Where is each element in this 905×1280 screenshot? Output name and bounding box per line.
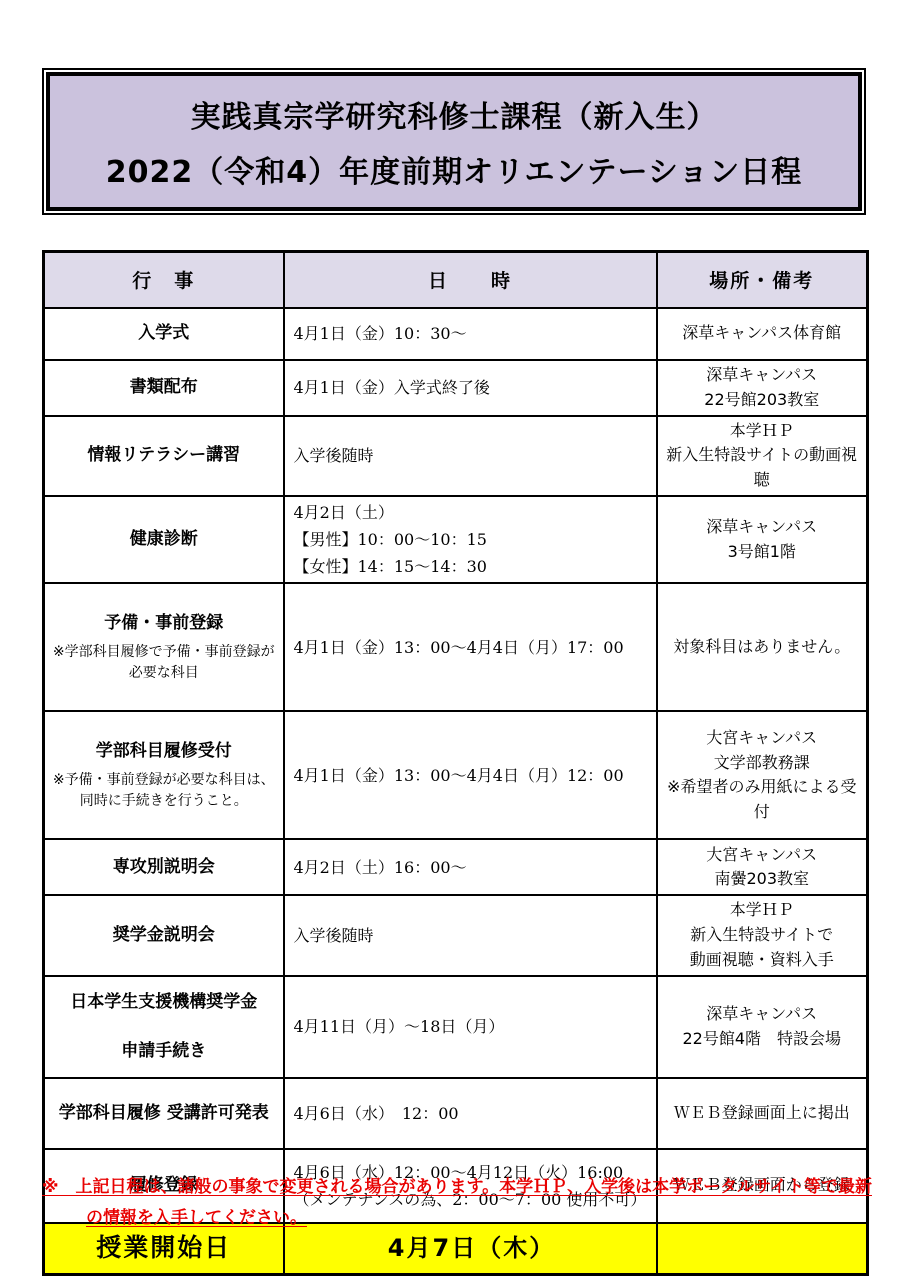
datetime-cell: 4月1日（金）入学式終了後 [284, 360, 657, 416]
table-row: 奨学金説明会 入学後随時 本学ＨＰ 新入生特設サイトで 動画視聴・資料入手 [44, 895, 868, 975]
location-cell: 深草キャンパス 3号館1階 [657, 496, 868, 584]
location-cell: 本学ＨＰ 新入生特設サイトで 動画視聴・資料入手 [657, 895, 868, 975]
event-cell: 学部科目履修 受講許可発表 [44, 1078, 284, 1149]
datetime-cell: 4月1日（金）10：30～ [284, 308, 657, 360]
location-cell: 対象科目はありません。 [657, 583, 868, 711]
location-cell: 深草キャンパス 22号館4階 特設会場 [657, 976, 868, 1078]
datetime-cell: 4月1日（金）13：00～4月4日（月）12：00 [284, 711, 657, 839]
header-row: 行 事 日 時 場所・備考 [44, 252, 868, 308]
title-box: 実践真宗学研究科修士課程（新入生） 2022（令和4）年度前期オリエンテーション… [42, 68, 866, 215]
event-cell: 書類配布 [44, 360, 284, 416]
table-row: 予備・事前登録 ※学部科目履修で予備・事前登録が必要な科目 4月1日（金）13：… [44, 583, 868, 711]
event-name: 予備・事前登録 [104, 613, 223, 633]
table-row: 学部科目履修受付 ※予備・事前登録が必要な科目は、同時に手続きを行うこと。 4月… [44, 711, 868, 839]
event-cell: 専攻別説明会 [44, 839, 284, 895]
page: 実践真宗学研究科修士課程（新入生） 2022（令和4）年度前期オリエンテーション… [0, 0, 905, 1280]
table-row: 情報リテラシー講習 入学後随時 本学ＨＰ 新入生特設サイトの動画視聴 [44, 416, 868, 496]
location-cell: 大宮キャンパス 南黌203教室 [657, 839, 868, 895]
event-cell: 奨学金説明会 [44, 895, 284, 975]
datetime-cell: 4月11日（月）～18日（月） [284, 976, 657, 1078]
event-cell: 入学式 [44, 308, 284, 360]
footnote: ※ 上記日程は、諸般の事象で変更される場合があります。本学ＨＰ、入学後は本学ポー… [42, 1172, 876, 1235]
event-cell: 健康診断 [44, 496, 284, 584]
location-cell: ＷＥＢ登録画面上に掲出 [657, 1078, 868, 1149]
location-cell: 深草キャンパス体育館 [657, 308, 868, 360]
datetime-cell: 4月2日（土） 【男性】10：00～10：15 【女性】14：15～14：30 [284, 496, 657, 584]
table-row: 書類配布 4月1日（金）入学式終了後 深草キャンパス 22号館203教室 [44, 360, 868, 416]
event-cell: 学部科目履修受付 ※予備・事前登録が必要な科目は、同時に手続きを行うこと。 [44, 711, 284, 839]
location-cell: 大宮キャンパス 文学部教務課 ※希望者のみ用紙による受付 [657, 711, 868, 839]
event-name: 学部科目履修受付 [96, 741, 232, 761]
table-row: 学部科目履修 受講許可発表 4月6日（水） 12：00 ＷＥＢ登録画面上に掲出 [44, 1078, 868, 1149]
datetime-cell: 入学後随時 [284, 416, 657, 496]
event-cell: 予備・事前登録 ※学部科目履修で予備・事前登録が必要な科目 [44, 583, 284, 711]
title-line-2: 2022（令和4）年度前期オリエンテーション日程 [106, 147, 803, 191]
header-event: 行 事 [44, 252, 284, 308]
title-box-inner: 実践真宗学研究科修士課程（新入生） 2022（令和4）年度前期オリエンテーション… [46, 72, 862, 211]
datetime-cell: 4月2日（土）16：00～ [284, 839, 657, 895]
event-note: ※学部科目履修で予備・事前登録が必要な科目 [49, 642, 279, 684]
header-location: 場所・備考 [657, 252, 868, 308]
datetime-cell: 入学後随時 [284, 895, 657, 975]
header-datetime: 日 時 [284, 252, 657, 308]
table-row: 入学式 4月1日（金）10：30～ 深草キャンパス体育館 [44, 308, 868, 360]
event-cell: 情報リテラシー講習 [44, 416, 284, 496]
table-row: 専攻別説明会 4月2日（土）16：00～ 大宮キャンパス 南黌203教室 [44, 839, 868, 895]
datetime-cell: 4月1日（金）13：00～4月4日（月）17：00 [284, 583, 657, 711]
event-cell: 日本学生支援機構奨学金 申請手続き [44, 976, 284, 1078]
location-cell: 本学ＨＰ 新入生特設サイトの動画視聴 [657, 416, 868, 496]
title-line-1: 実践真宗学研究科修士課程（新入生） [191, 92, 718, 136]
table-row: 健康診断 4月2日（土） 【男性】10：00～10：15 【女性】14：15～1… [44, 496, 868, 584]
datetime-cell: 4月6日（水） 12：00 [284, 1078, 657, 1149]
event-note: ※予備・事前登録が必要な科目は、同時に手続きを行うこと。 [49, 770, 279, 812]
table-row: 日本学生支援機構奨学金 申請手続き 4月11日（月）～18日（月） 深草キャンパ… [44, 976, 868, 1078]
location-cell: 深草キャンパス 22号館203教室 [657, 360, 868, 416]
schedule-table: 行 事 日 時 場所・備考 入学式 4月1日（金）10：30～ 深草キャンパス体… [42, 250, 869, 1276]
